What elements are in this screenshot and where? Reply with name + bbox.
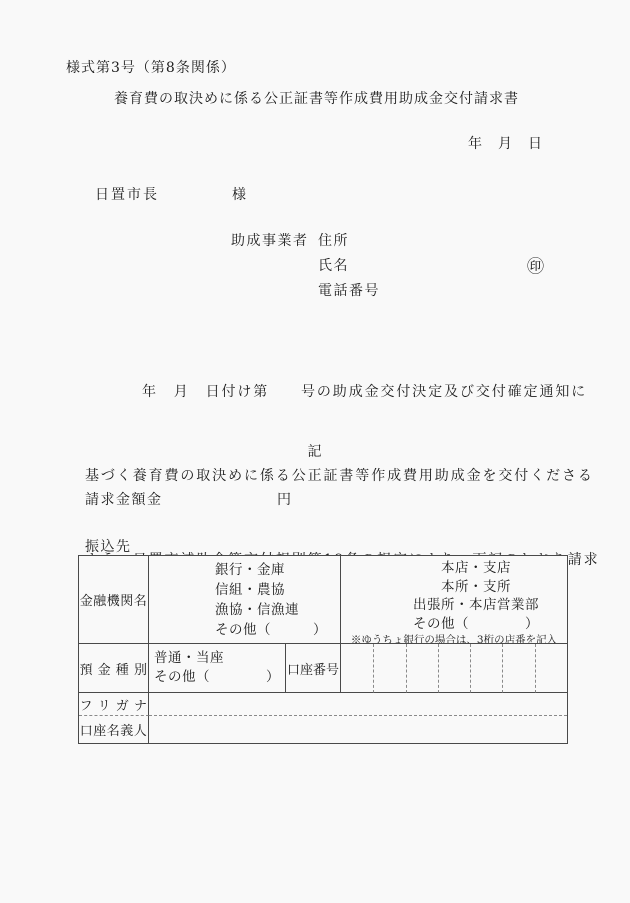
- account-digit-cell: [373, 644, 405, 693]
- amount-label: 請求金額: [85, 489, 147, 509]
- address-label: 住所: [318, 230, 349, 250]
- furigana-label: フ リ ガ ナ: [79, 693, 149, 716]
- account-digit-cell: [341, 644, 373, 693]
- account-digit-cell: [535, 644, 567, 693]
- addressee-name: 日置市長: [95, 184, 159, 204]
- account-number-label: 口座番号: [286, 644, 341, 693]
- seal-icon: ㊞: [527, 252, 544, 277]
- deposit-type-label: 預 金 種 別: [79, 644, 149, 693]
- furigana-value: [149, 693, 567, 716]
- institution-label: 金融機関名: [79, 556, 149, 644]
- bank-transfer-table: 金融機関名 銀行・金庫 信組・農協 漁協・信漁連 その他（ ） 本店・支店 本所…: [78, 555, 568, 744]
- account-holder-value: [149, 716, 567, 743]
- account-digit-cell: [438, 644, 470, 693]
- name-label: 氏名: [318, 255, 349, 275]
- deposit-type-options: 普通・当座 その他（ ）: [149, 644, 286, 693]
- postal-bank-note: ※ゆうちょ銀行の場合は、3桁の店番を記入: [341, 634, 567, 644]
- branch-option: 本所・支所: [341, 578, 567, 597]
- institution-options: 銀行・金庫 信組・農協 漁協・信漁連 その他（ ）: [149, 556, 341, 644]
- institution-option-other: その他（ ）: [215, 620, 340, 640]
- branch-option: 本店・支店: [341, 559, 567, 578]
- document-page: 様式第3号（第8条関係） 養育費の取決めに係る公正証書等作成費用助成金交付請求書…: [0, 0, 630, 903]
- body-line: 年 月 日付け第 号の助成金交付決定及び交付確定通知に: [85, 378, 577, 406]
- deposit-type-option-other: その他（ ）: [154, 668, 285, 687]
- account-digit-cell: [470, 644, 502, 693]
- phone-label: 電話番号: [318, 280, 380, 300]
- account-digit-cell: [502, 644, 534, 693]
- record-marker: 記: [0, 441, 630, 461]
- addressee-honorific: 様: [232, 184, 246, 204]
- amount-currency-suffix: 円: [277, 489, 291, 509]
- date-line: 年 月 日: [468, 133, 543, 153]
- account-digit-cell: [406, 644, 438, 693]
- amount-currency-prefix: 金: [147, 489, 161, 509]
- form-number: 様式第3号（第8条関係）: [66, 57, 236, 77]
- branch-options: 本店・支店 本所・支所 出張所・本店営業部 その他（ ） ※ゆうちょ銀行の場合は…: [341, 556, 567, 644]
- deposit-type-option: 普通・当座: [154, 649, 285, 668]
- body-line: 基づく養育費の取決めに係る公正証書等作成費用助成金を交付くださる: [85, 462, 577, 490]
- institution-option: 銀行・金庫: [215, 560, 340, 580]
- branch-option: 出張所・本店営業部: [341, 596, 567, 615]
- institution-option: 漁協・信漁連: [215, 600, 340, 620]
- branch-option-other: その他（ ）: [341, 615, 567, 634]
- account-holder-label: 口座名義人: [79, 716, 149, 743]
- transfer-section-label: 振込先: [85, 536, 132, 556]
- document-title: 養育費の取決めに係る公正証書等作成費用助成金交付請求書: [114, 88, 519, 108]
- institution-option: 信組・農協: [215, 580, 340, 600]
- applicant-label: 助成事業者: [231, 230, 309, 250]
